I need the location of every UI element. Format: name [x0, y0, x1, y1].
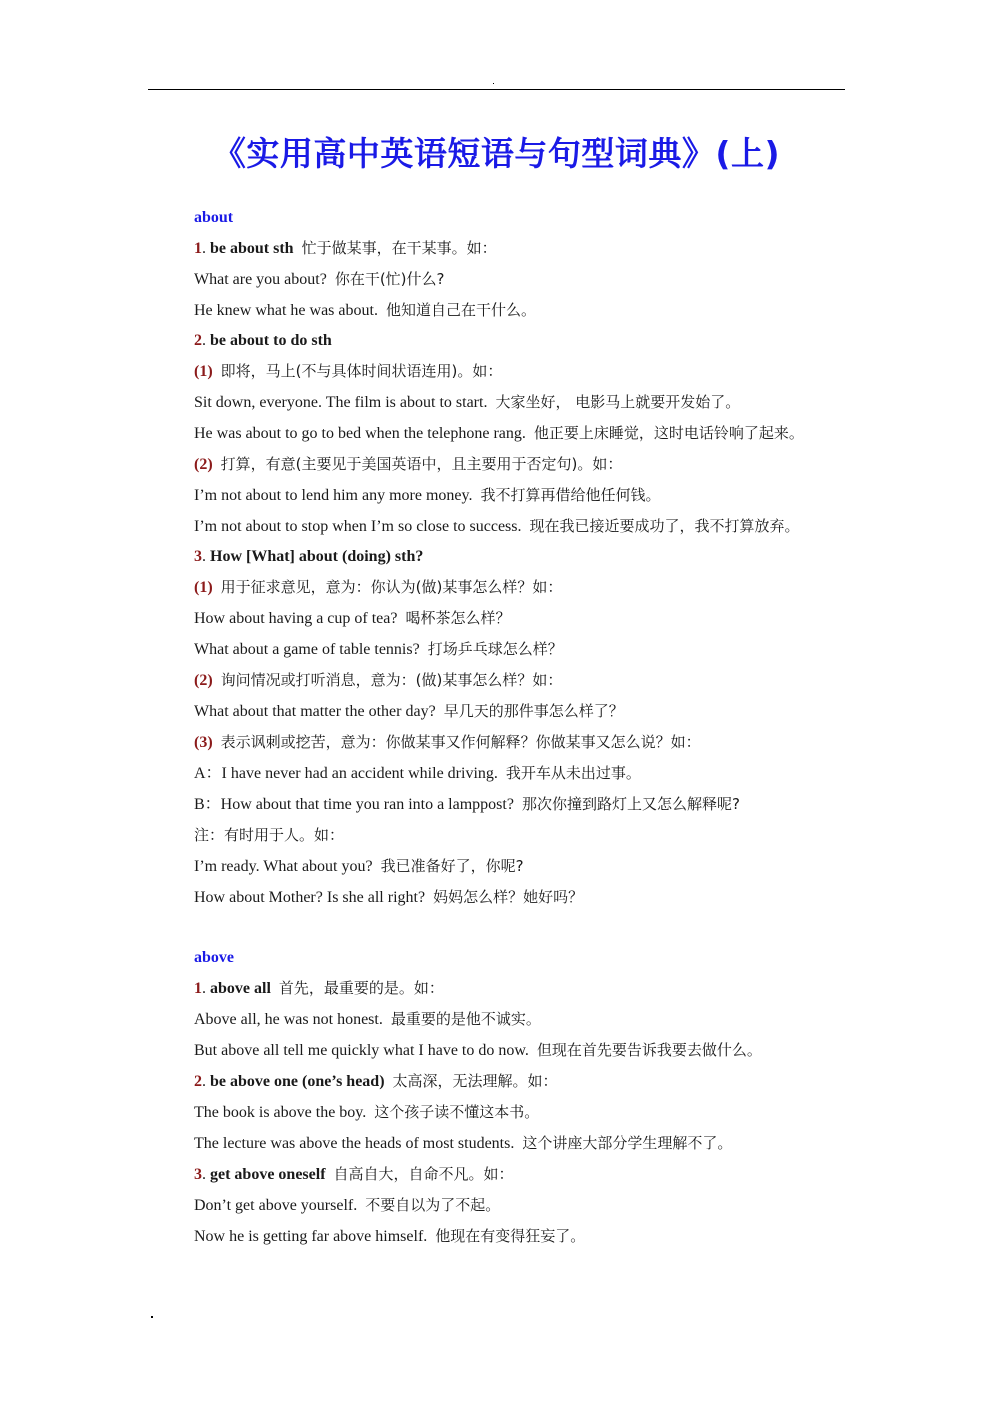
example: How about Mother? Is she all right? 妈妈怎么…: [160, 882, 840, 913]
sense: 2. be above one (one’s head) 太高深，无法理解。如：: [160, 1066, 840, 1097]
example: He knew what he was about. 他知道自己在干什么。: [160, 295, 840, 326]
example: Above all, he was not honest. 最重要的是他不诚实。: [160, 1004, 840, 1035]
example: Now he is getting far above himself. 他现在…: [160, 1221, 840, 1252]
headword-about: about: [160, 203, 840, 233]
example: Sit down, everyone. The film is about to…: [160, 387, 840, 418]
example: Don’t get above yourself. 不要自以为了不起。: [160, 1190, 840, 1221]
subsense: (3) 表示讽刺或挖苦，意为：你做某事又作何解释？你做某事又怎么说？如：: [160, 727, 840, 758]
note: 注：有时用于人。如：: [160, 820, 840, 851]
headword-above: above: [160, 943, 840, 973]
example: The book is above the boy. 这个孩子读不懂这本书。: [160, 1097, 840, 1128]
dictionary-body: about 1. be about sth 忙于做某事，在干某事。如： What…: [160, 203, 840, 1252]
example: What about that matter the other day? 早几…: [160, 696, 840, 727]
header-mark: [493, 83, 494, 84]
footer-mark: [151, 1316, 153, 1318]
header-rule: [148, 89, 845, 90]
sense: 3. get above oneself 自高自大，自命不凡。如：: [160, 1159, 840, 1190]
example: A：I have never had an accident while dri…: [160, 758, 840, 789]
example: I’m ready. What about you? 我已准备好了，你呢?: [160, 851, 840, 882]
example: He was about to go to bed when the telep…: [160, 418, 840, 449]
example: B：How about that time you ran into a lam…: [160, 789, 840, 820]
example: How about having a cup of tea? 喝杯茶怎么样？: [160, 603, 840, 634]
sense: 1. above all 首先，最重要的是。如：: [160, 973, 840, 1004]
example: But above all tell me quickly what I hav…: [160, 1035, 840, 1066]
sense: 3. How [What] about (doing) sth?: [160, 542, 840, 572]
subsense: (1) 用于征求意见，意为：你认为(做)某事怎么样？如：: [160, 572, 840, 603]
page-title: 《实用高中英语短语与句型词典》(上): [0, 128, 993, 175]
example: What about a game of table tennis? 打场乒乓球…: [160, 634, 840, 665]
subsense: (2) 打算，有意(主要见于美国英语中，且主要用于否定句)。如：: [160, 449, 840, 480]
example: What are you about? 你在干(忙)什么?: [160, 264, 840, 295]
subsense: (2) 询问情况或打听消息，意为：(做)某事怎么样？如：: [160, 665, 840, 696]
sense: 2. be about to do sth: [160, 326, 840, 356]
example: I’m not about to stop when I’m so close …: [160, 511, 840, 542]
example: The lecture was above the heads of most …: [160, 1128, 840, 1159]
subsense: (1) 即将，马上(不与具体时间状语连用)。如：: [160, 356, 840, 387]
sense: 1. be about sth 忙于做某事，在干某事。如：: [160, 233, 840, 264]
entry-gap: [160, 913, 840, 943]
example: I’m not about to lend him any more money…: [160, 480, 840, 511]
